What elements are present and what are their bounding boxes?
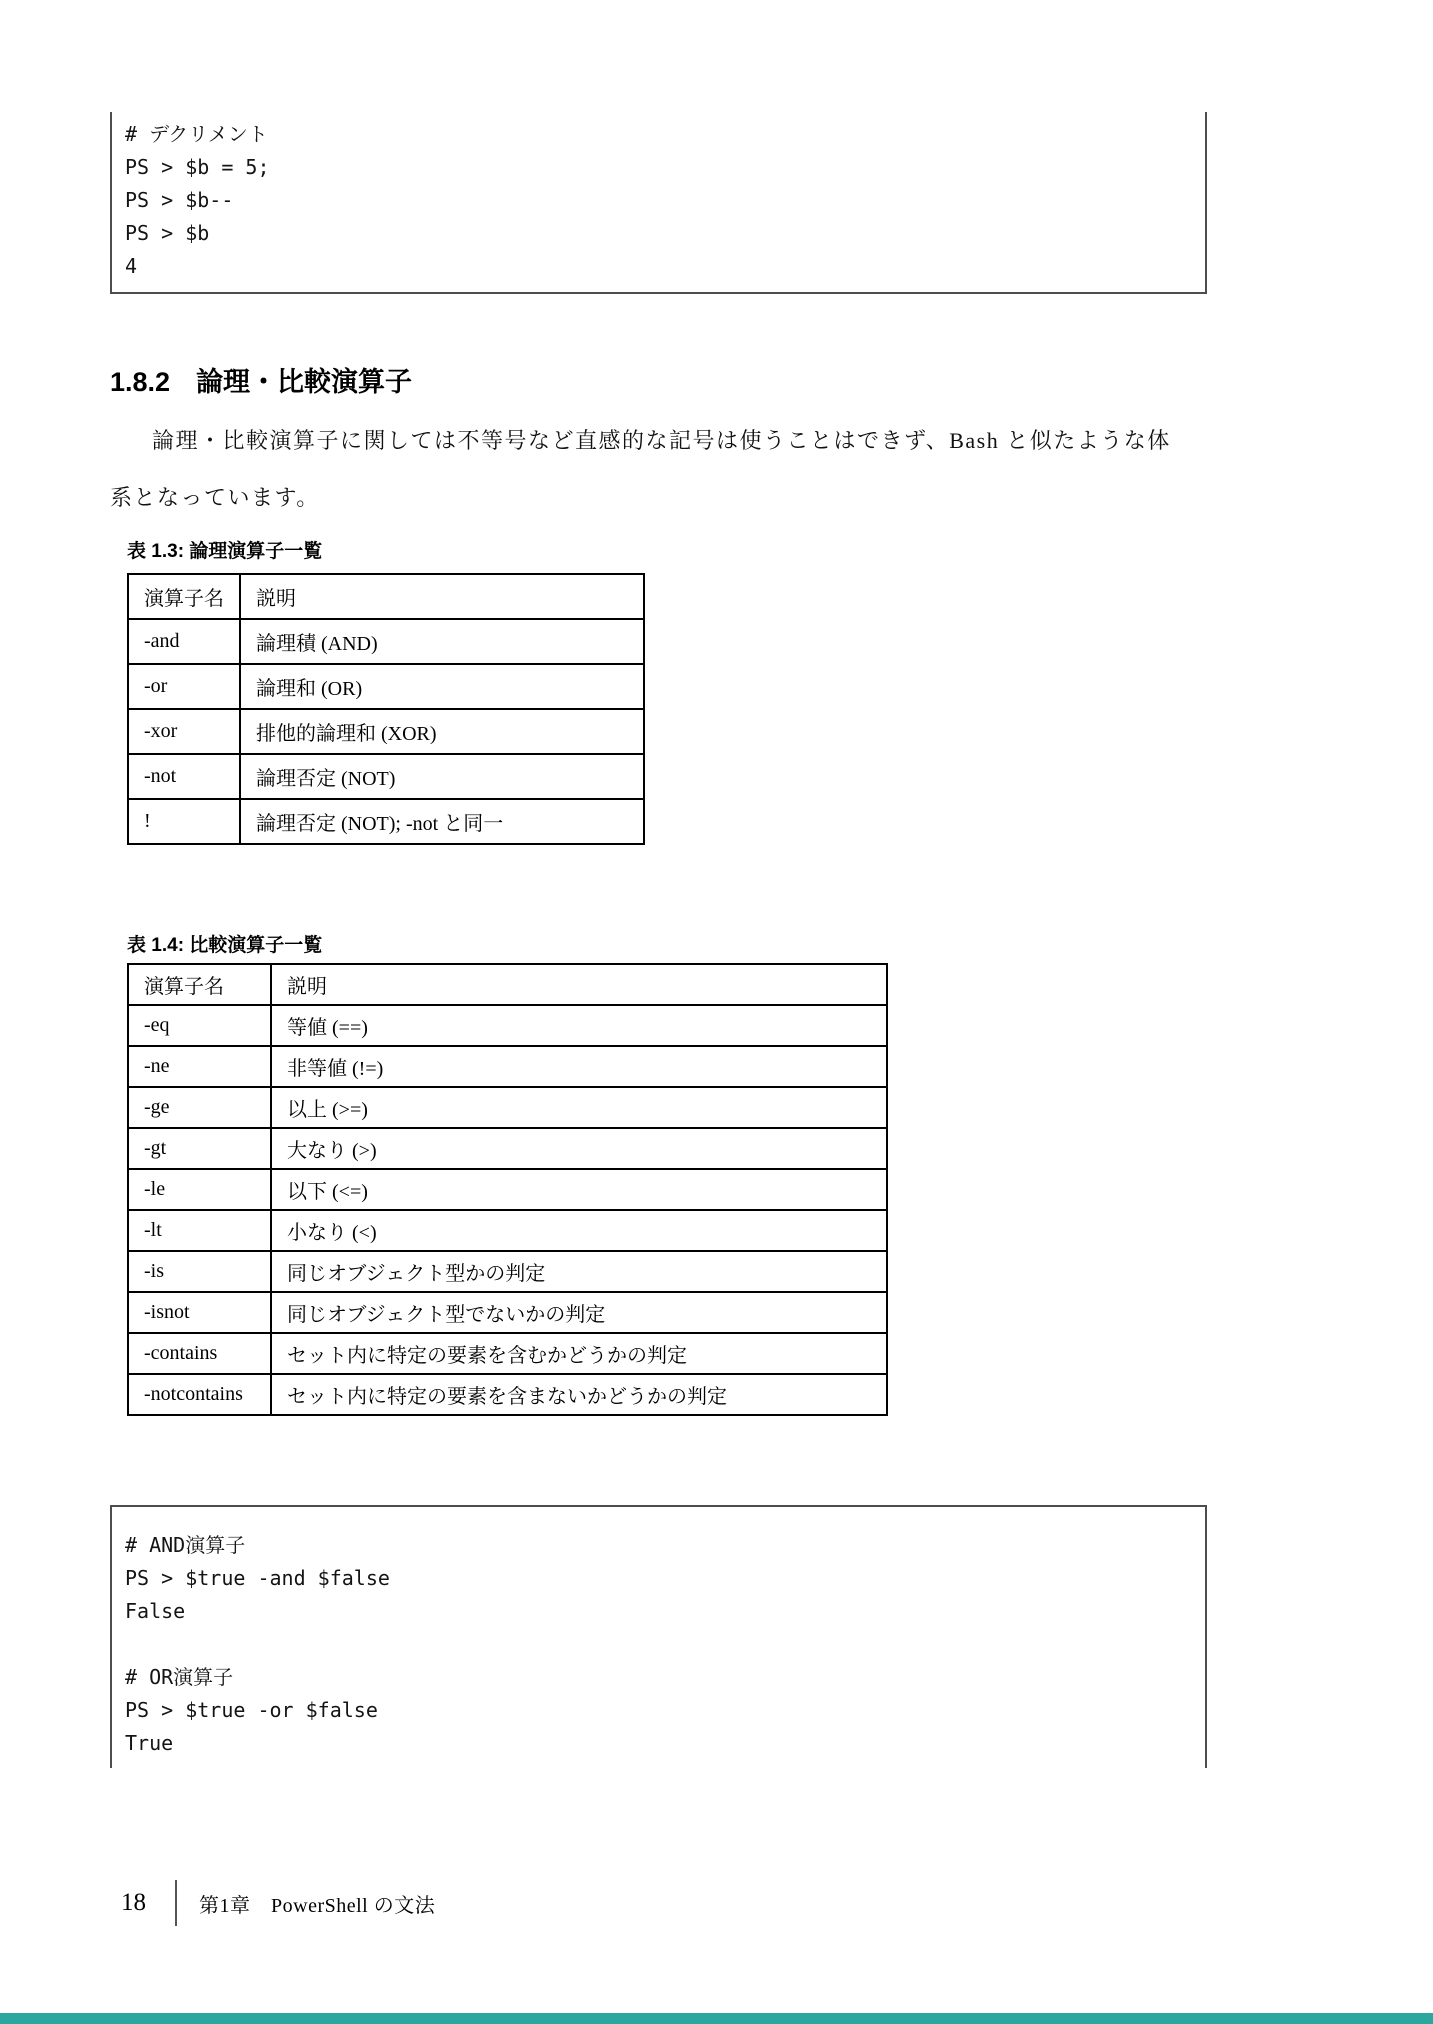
paragraph-line: 論理・比較演算子に関しては不等号など直感的な記号は使うことはできず、Bash と… [152,424,1171,455]
description-cell: 同じオブジェクト型かの判定 [271,1251,887,1292]
operator-cell: -gt [128,1128,271,1169]
table-row: -notcontains セット内に特定の要素を含まないかどうかの判定 [128,1374,887,1415]
description-cell: 以下 (<=) [271,1169,887,1210]
paragraph-line: 系となっています。 [110,481,320,512]
table-header-row: 演算子名 説明 [128,574,644,619]
description-cell: セット内に特定の要素を含むかどうかの判定 [271,1333,887,1374]
code-line: # AND演算子 [125,1529,1205,1562]
code-line: # OR演算子 [125,1661,1205,1694]
description-cell: 論理積 (AND) [240,619,644,664]
operator-cell: -lt [128,1210,271,1251]
logical-operators-table: 演算子名 説明 -and 論理積 (AND) -or 論理和 (OR) -xor… [127,573,645,845]
code-line: PS > $true -and $false [125,1562,1205,1595]
table-row: -contains セット内に特定の要素を含むかどうかの判定 [128,1333,887,1374]
table-row: -not 論理否定 (NOT) [128,754,644,799]
header-description: 説明 [271,964,887,1005]
operator-cell: -isnot [128,1292,271,1333]
operator-cell: -ne [128,1046,271,1087]
code-line: PS > $true -or $false [125,1694,1205,1727]
code-line: False [125,1595,1205,1628]
description-cell: 論理和 (OR) [240,664,644,709]
code-line: PS > $b = 5; [125,151,1205,184]
description-cell: 非等値 (!=) [271,1046,887,1087]
operator-cell: -eq [128,1005,271,1046]
description-cell: 論理否定 (NOT); -not と同一 [240,799,644,844]
code-line: # デクリメント [125,118,1205,151]
description-cell: 小なり (<) [271,1210,887,1251]
table-row: -eq 等値 (==) [128,1005,887,1046]
table-header-row: 演算子名 説明 [128,964,887,1005]
table-row: ! 論理否定 (NOT); -not と同一 [128,799,644,844]
page-number: 18 [121,1889,175,1917]
description-cell: 排他的論理和 (XOR) [240,709,644,754]
operator-cell: -or [128,664,240,709]
table-row: -and 論理積 (AND) [128,619,644,664]
description-cell: 等値 (==) [271,1005,887,1046]
operator-cell: -notcontains [128,1374,271,1415]
description-cell: セット内に特定の要素を含まないかどうかの判定 [271,1374,887,1415]
book-page: # デクリメント PS > $b = 5; PS > $b-- PS > $b … [0,0,1433,2024]
header-operator: 演算子名 [128,574,240,619]
description-cell: 論理否定 (NOT) [240,754,644,799]
description-cell: 以上 (>=) [271,1087,887,1128]
operator-cell: -ge [128,1087,271,1128]
code-line: PS > $b-- [125,184,1205,217]
section-heading: 1.8.2 論理・比較演算子 [110,360,412,399]
section-title: 論理・比較演算子 [196,360,412,399]
table-row: -isnot 同じオブジェクト型でないかの判定 [128,1292,887,1333]
description-cell: 大なり (>) [271,1128,887,1169]
header-description: 説明 [240,574,644,619]
footer-divider [175,1880,177,1926]
page-footer: 18 第1章 PowerShell の文法 [121,1880,435,1926]
footer-chapter-title: 第1章 PowerShell の文法 [199,1889,435,1918]
table-row: -ge 以上 (>=) [128,1087,887,1128]
code-block-and-or: # AND演算子 PS > $true -and $false False # … [110,1505,1207,1768]
code-line: 4 [125,250,1205,283]
table-row: -xor 排他的論理和 (XOR) [128,709,644,754]
table-row: -gt 大なり (>) [128,1128,887,1169]
code-block-decrement: # デクリメント PS > $b = 5; PS > $b-- PS > $b … [110,112,1207,294]
header-operator: 演算子名 [128,964,271,1005]
table-row: -lt 小なり (<) [128,1210,887,1251]
table-row: -is 同じオブジェクト型かの判定 [128,1251,887,1292]
operator-cell: -xor [128,709,240,754]
operator-cell: -and [128,619,240,664]
operator-cell: -not [128,754,240,799]
code-line: True [125,1727,1205,1760]
table-row: -ne 非等値 (!=) [128,1046,887,1087]
operator-cell: -le [128,1169,271,1210]
table-row: -or 論理和 (OR) [128,664,644,709]
code-line [125,1628,1205,1661]
operator-cell: ! [128,799,240,844]
table-caption-comparison: 表 1.4: 比較演算子一覧 [127,930,322,957]
bottom-accent-bar [0,2013,1433,2024]
comparison-operators-table: 演算子名 説明 -eq 等値 (==) -ne 非等値 (!=) -ge 以上 … [127,963,888,1416]
code-line: PS > $b [125,217,1205,250]
table-row: -le 以下 (<=) [128,1169,887,1210]
section-number: 1.8.2 [110,367,170,398]
operator-cell: -is [128,1251,271,1292]
description-cell: 同じオブジェクト型でないかの判定 [271,1292,887,1333]
operator-cell: -contains [128,1333,271,1374]
table-caption-logical: 表 1.3: 論理演算子一覧 [127,536,322,563]
